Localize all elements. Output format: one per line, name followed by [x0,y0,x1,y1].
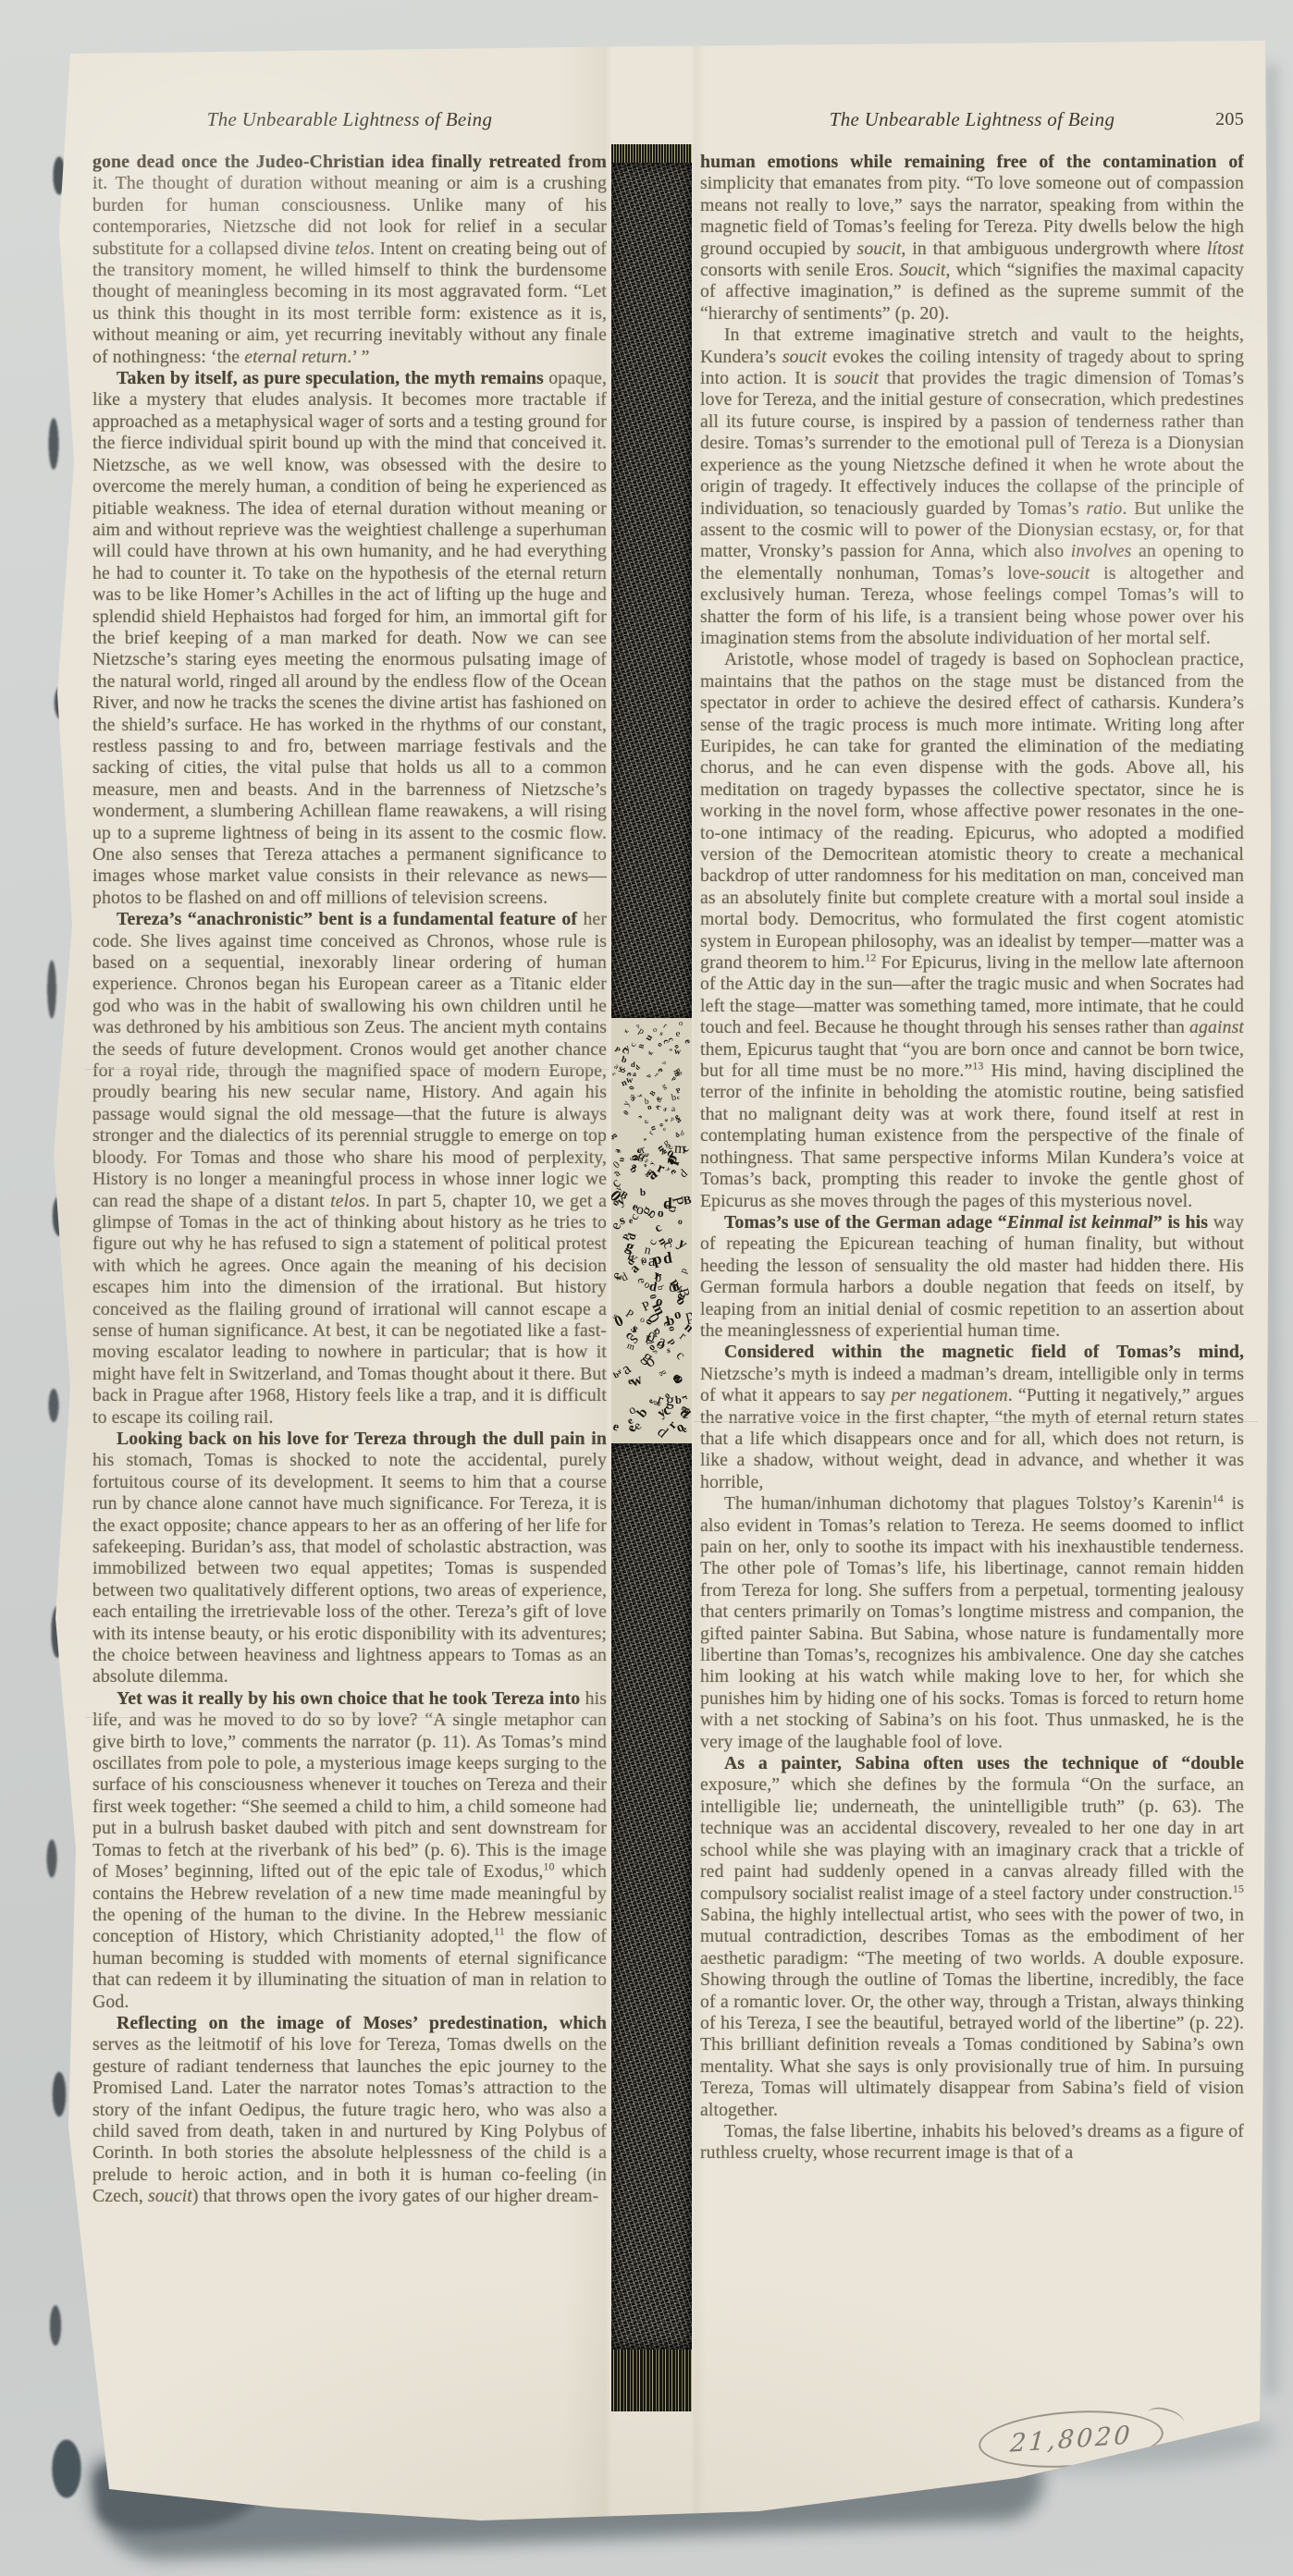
paragraph: Considered within the magnetic field of … [700,1342,1244,1493]
letter-glyph: w [622,1028,629,1036]
letter-glyph: u [649,1124,659,1131]
letter-glyph: s [617,1368,622,1377]
text-run: ) that throws open the ivory gates of ou… [192,2186,598,2206]
text-run: Tereza’s “anachronistic” bent is a funda… [117,909,577,929]
letter-glyph: B [636,1043,646,1049]
running-head-right: The Unbearable Lightness of Being 205 [700,108,1244,134]
text-run: , in that ambiguous undergrowth where [901,239,1206,259]
letter-glyph: e [655,1066,666,1075]
text-run: exposure,” which she defines by the form… [700,1774,1244,1903]
letter-glyph: b [639,1187,646,1198]
collage-strip: PswasbadsapoernrueenaPsygodbyoogwuPaacsb… [611,144,692,2411]
letter-glyph: r [677,1329,690,1343]
text-run: .’ ” [347,347,369,367]
letter-glyph: s [611,1072,619,1076]
footnote-marker: 13 [972,1059,983,1072]
letter-glyph: P [670,1116,674,1123]
letter-glyph: o [679,1019,683,1027]
text-run: Tomas, the false libertine, inhabits his… [700,2121,1244,2163]
letter-glyph: c [653,1221,665,1236]
text-run: lítost [1207,239,1244,259]
letter-glyph: y [674,1234,691,1254]
paragraph: Aristotle, whose model of tragedy is bas… [700,649,1244,1212]
letter-glyph: o [646,1102,651,1111]
text-run: Considered within the magnetic field of … [724,1342,1244,1362]
footnote-marker: 11 [494,1925,505,1938]
letter-glyph: e [682,1037,692,1045]
collage-fringe-top [611,144,692,163]
footnote-marker: 10 [543,1860,554,1873]
paragraph: Tomas’s use of the German adage “Einmal … [700,1212,1244,1342]
letter-glyph: o [653,1024,659,1034]
letter-glyph: p [678,1267,689,1275]
text-run: Reflecting on the image of Moses’ predes… [117,2013,607,2033]
text-run: telos [335,239,370,259]
text-run: soucit [782,347,827,367]
paragraph: Tomas, the false libertine, inhabits his… [700,2121,1244,2165]
text-run: soucit [834,368,879,388]
text-run: His mind, having disciplined the terror … [700,1061,1244,1210]
letter-glyph: w [673,1046,681,1057]
letter-glyph: s [667,1346,671,1355]
text-run: serves as the leitmotif of his love for … [92,2034,607,2206]
letter-glyph: c [671,1349,687,1364]
paragraph: Tereza’s “anachronistic” bent is a funda… [92,909,607,1429]
text-run: soucit [148,2186,192,2206]
footnote-marker: 12 [865,951,876,963]
letter-glyph: d [631,1061,635,1069]
text-run: gone dead once the Judeo-Christian idea … [92,152,607,172]
text-run: per negationem [892,1385,1008,1405]
running-title: The Unbearable Lightness of Being [207,108,493,130]
text-run: Taken by itself, as pure speculation, th… [117,368,544,388]
paragraph: Looking back on his love for Tereza thro… [92,1429,607,1688]
letter-glyph: m [671,1068,683,1078]
letter-glyph: w [647,1048,655,1057]
letter-glyph: e [676,1028,681,1039]
text-run: is also evident in Tomas’s relation to T… [700,1493,1244,1751]
letter-glyph: b [620,1054,627,1065]
letter-glyph: p [661,1060,669,1065]
text-run: her code. She lives against time conceiv… [92,909,607,1210]
text-run: Soucit [899,260,945,280]
paragraph: gone dead once the Judeo-Christian idea … [92,152,607,368]
text-run: involves [1071,541,1132,561]
text-run: Looking back on his love for Tereza thro… [117,1429,607,1449]
paragraph: Taken by itself, as pure speculation, th… [92,368,607,909]
collage-fringe-bottom [611,2349,692,2411]
collage-letters-segment: PswasbadsapoernrueenaPsygodbyoogwuPaacsb… [611,1018,692,1443]
paragraph: Reflecting on the image of Moses’ predes… [92,2013,607,2208]
letter-glyph: e [662,1126,667,1134]
letter-glyph: b [634,1405,651,1421]
letter-glyph: g [658,1368,669,1377]
text-run: Tomas’s use of the German adage “ [724,1212,1007,1233]
letter-glyph: c [677,1095,681,1101]
letter-glyph: 0 [622,1109,631,1117]
letter-glyph: d [662,1195,671,1213]
letter-glyph: o [667,1326,679,1333]
letter-glyph: o [677,1216,683,1227]
letter-glyph: 0 [627,1085,636,1090]
text-run: human emotions while remaining free of t… [700,152,1244,172]
letter-glyph: g [660,1082,668,1091]
text-run: opaque, like a mystery that eludes analy… [92,368,607,908]
paragraph: The human/inhuman dichotomy that plagues… [700,1493,1244,1753]
collage-scribble-segment-lower [611,1443,692,2349]
letter-glyph: d [677,1167,691,1181]
letter-glyph: s [662,1105,671,1113]
text-run: eternal return [244,347,347,367]
paragraph: As a painter, Sabina often uses the tech… [700,1753,1244,2121]
letter-glyph: b [671,1092,677,1103]
text-run: consorts with senile Eros. [700,260,899,280]
running-head-left: The Unbearable Lightness of Being [92,108,607,134]
text-run: soucit [1045,563,1090,583]
collage-scribble-segment-upper [611,163,692,1018]
letter-glyph: P [622,1307,635,1322]
letter-glyph: b [679,1129,685,1138]
letter-glyph: p [683,1305,692,1325]
letter-glyph: P [653,1327,659,1341]
text-run: against [1189,1017,1244,1037]
letter-glyph: g [611,1132,621,1141]
running-title: The Unbearable Lightness of Being [830,108,1115,130]
text-run: Yet was it really by his own choice that… [117,1688,580,1709]
text-run: Sabina, the highly intellectual artist, … [700,1905,1244,2120]
letter-glyph: s [659,1029,665,1037]
letter-glyph: b [655,1270,662,1286]
left-page-column: gone dead once the Judeo-Christian idea … [92,152,607,2417]
page-number: 205 [1215,109,1244,130]
letter-glyph: e [611,1419,621,1435]
letter-glyph: p [646,1073,652,1079]
text-run: The human/inhuman dichotomy that plagues… [724,1493,1213,1514]
letter-glyph: c [660,1038,671,1046]
text-run: soucit [857,239,902,259]
text-run: Aristotle, whose model of tragedy is bas… [700,649,1244,973]
text-run: As a painter, Sabina often uses the tech… [724,1753,1244,1773]
letter-glyph: b [655,1285,665,1292]
scanned-book-page: The Unbearable Lightness of Being The Un… [0,0,1293,2576]
handwritten-number: 21,8020 [1009,2421,1134,2458]
right-page-column: human emotions while remaining free of t… [700,152,1244,2417]
footnote-marker: 15 [1233,1882,1244,1895]
text-run: his life, and was he moved to do so by l… [92,1688,607,1882]
paragraph: In that extreme imaginative stretch and … [700,325,1244,649]
letter-glyph: g [665,1390,674,1410]
letter-glyph: r [661,1021,669,1030]
letter-glyph: e [641,1119,651,1124]
text-run: . In part 5, chapter 10, we get a glimps… [92,1191,607,1428]
text-run: his stomach, Tomas is shocked to note th… [92,1450,607,1687]
text-run: ratio [1086,498,1122,519]
footnote-marker: 14 [1213,1492,1224,1505]
paragraph: Yet was it really by his own choice that… [92,1688,607,2013]
text-run: ” is his [1153,1212,1208,1233]
text-run: telos [330,1191,365,1211]
letter-glyph: a [648,1252,656,1270]
letter-glyph: o [641,1252,647,1266]
paragraph: human emotions while remaining free of t… [700,152,1244,325]
text-run: Einmal ist keinmal [1007,1212,1153,1233]
letter-glyph: d [662,1249,674,1269]
text-run: that provides the tragic dimension of To… [700,368,1244,518]
letter-glyph: B [683,1193,692,1208]
